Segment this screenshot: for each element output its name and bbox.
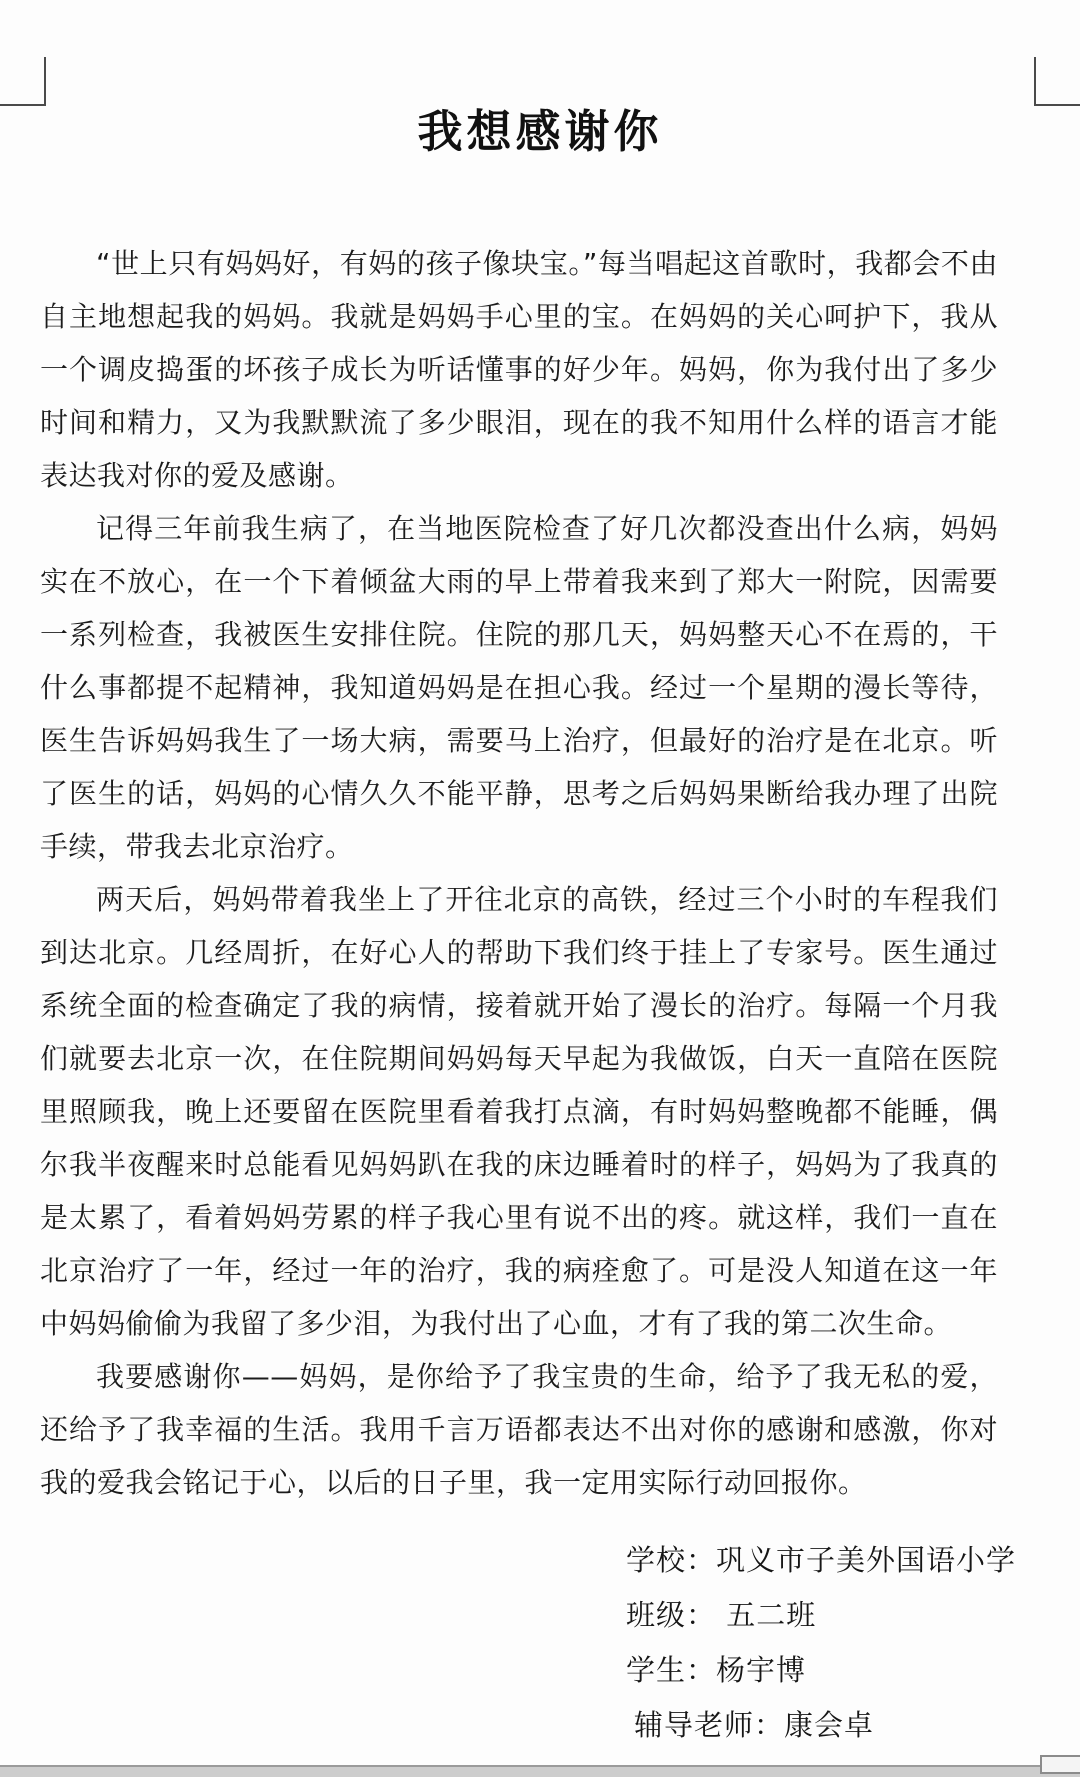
page-bottom-scan-edge <box>0 1765 1080 1777</box>
essay-body: “世上只有妈妈好，有妈的孩子像块宝。”每当唱起这首歌时，我都会不由自主地想起我的… <box>40 237 998 1509</box>
signature-student: 学生：杨宇博 <box>626 1643 1080 1698</box>
signature-class: 班级： 五二班 <box>626 1588 1080 1643</box>
essay-paragraph-1: “世上只有妈妈好，有妈的孩子像块宝。”每当唱起这首歌时，我都会不由自主地想起我的… <box>40 237 998 502</box>
signature-block: 学校：巩义市子美外国语小学 班级： 五二班 学生：杨宇博 辅导老师：康会卓 <box>626 1533 1080 1753</box>
essay-paragraph-2: 记得三年前我生病了，在当地医院检查了好几次都没查出什么病，妈妈实在不放心，在一个… <box>40 502 998 873</box>
signature-school: 学校：巩义市子美外国语小学 <box>626 1533 1080 1588</box>
essay-title: 我想感谢你 <box>0 0 1080 161</box>
signature-teacher: 辅导老师：康会卓 <box>626 1698 1080 1753</box>
document-page: 我想感谢你 “世上只有妈妈好，有妈的孩子像块宝。”每当唱起这首歌时，我都会不由自… <box>0 0 1080 1777</box>
crop-mark-top-right <box>1034 57 1080 106</box>
essay-paragraph-4: 我要感谢你——妈妈，是你给予了我宝贵的生命，给予了我无私的爱，还给予了我幸福的生… <box>40 1350 998 1509</box>
crop-mark-top-left <box>0 57 46 106</box>
essay-paragraph-3: 两天后，妈妈带着我坐上了开往北京的高铁，经过三个小时的车程我们到达北京。几经周折… <box>40 873 998 1350</box>
page-bottom-right-corner-mark <box>1040 1755 1080 1774</box>
